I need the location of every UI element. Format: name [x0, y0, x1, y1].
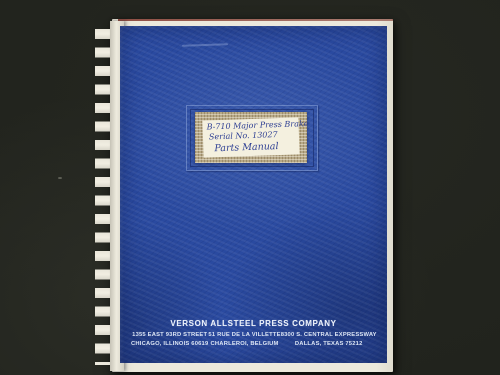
- address-chicago-city: CHICAGO, ILLINOIS 60619: [131, 340, 208, 349]
- manual-book: B-710 Major Press Brake Serial No. 13027…: [112, 19, 393, 372]
- handwritten-title-line: Parts Manual: [214, 140, 296, 155]
- front-cover: B-710 Major Press Brake Serial No. 13027…: [120, 26, 387, 363]
- address-charleroi-street: 51 RUE DE LA VILLETTE: [208, 331, 280, 340]
- address-charleroi-city: CHARLEROI, BELGIUM: [208, 340, 280, 349]
- company-name: VERSON ALLSTEEL PRESS COMPANY: [120, 319, 387, 328]
- address-row: 1355 EAST 93RD STREET CHICAGO, ILLINOIS …: [120, 328, 387, 349]
- backdrop-speck: [58, 177, 62, 179]
- address-dallas-street: 8300 S. CENTRAL EXPRESSWAY: [281, 331, 377, 340]
- address-dallas-city: DALLAS, TEXAS 75212: [281, 340, 377, 349]
- photo-backdrop: B-710 Major Press Brake Serial No. 13027…: [0, 0, 500, 375]
- publisher-imprint: VERSON ALLSTEEL PRESS COMPANY 1355 EAST …: [120, 319, 387, 349]
- address-chicago: 1355 EAST 93RD STREET CHICAGO, ILLINOIS …: [131, 331, 208, 349]
- address-dallas: 8300 S. CENTRAL EXPRESSWAY DALLAS, TEXAS…: [281, 331, 377, 349]
- cover-scuff-mark: [182, 43, 228, 47]
- address-chicago-street: 1355 EAST 93RD STREET: [131, 331, 208, 340]
- title-label: B-710 Major Press Brake Serial No. 13027…: [195, 112, 307, 163]
- label-paper: B-710 Major Press Brake Serial No. 13027…: [202, 117, 299, 157]
- address-charleroi: 51 RUE DE LA VILLETTE CHARLEROI, BELGIUM: [208, 331, 280, 349]
